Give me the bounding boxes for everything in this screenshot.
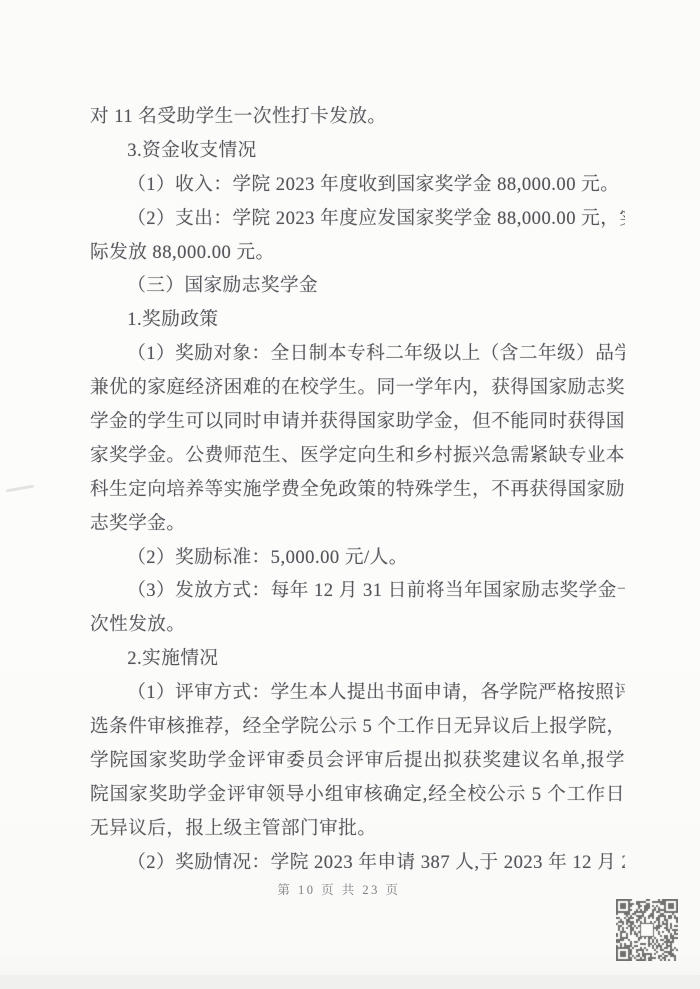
document-body: 对 11 名受助学生一次性打卡发放。3.资金收支情况（1）收入：学院 2023 … <box>90 100 625 879</box>
qr-code-icon <box>616 899 678 961</box>
text-line: （1）评审方式：学生本人提出书面申请，各学院严格按照评 <box>90 676 625 710</box>
page-number-footer: 第 10 页 共 23 页 <box>0 880 700 898</box>
text-line: 2.实施情况 <box>90 642 625 676</box>
text-line: （三）国家励志奖学金 <box>90 269 625 303</box>
text-line: 3.资金收支情况 <box>90 134 625 168</box>
text-line: 1.奖励政策 <box>90 303 625 337</box>
text-line: （2）奖励情况：学院 2023 年申请 387 人,于 2023 年 12 月 … <box>90 846 625 880</box>
scanned-document-page: 对 11 名受助学生一次性打卡发放。3.资金收支情况（1）收入：学院 2023 … <box>0 0 700 989</box>
text-line: 兼优的家庭经济困难的在校学生。同一学年内，获得国家励志奖 <box>90 371 625 405</box>
text-line: 次性发放。 <box>90 608 625 642</box>
text-line: （2）奖励标准：5,000.00 元/人。 <box>90 541 625 575</box>
text-line: 无异议后，报上级主管部门审批。 <box>90 812 625 846</box>
text-line: （2）支出：学院 2023 年度应发国家奖学金 88,000.00 元，实 <box>90 202 625 236</box>
scan-smudge <box>6 485 34 493</box>
scan-edge-shadow <box>0 975 700 989</box>
text-line: 学金的学生可以同时申请并获得国家助学金，但不能同时获得国 <box>90 405 625 439</box>
text-line: （3）发放方式：每年 12 月 31 日前将当年国家励志奖学金一 <box>90 574 625 608</box>
text-line: 院国家奖助学金评审领导小组审核确定,经全校公示 5 个工作日 <box>90 778 625 812</box>
text-line: 志奖学金。 <box>90 507 625 541</box>
text-line: 家奖学金。公费师范生、医学定向生和乡村振兴急需紧缺专业本 <box>90 439 625 473</box>
text-line: （1）收入：学院 2023 年度收到国家奖学金 88,000.00 元。 <box>90 168 625 202</box>
text-line: 学院国家奖助学金评审委员会评审后提出拟获奖建议名单,报学 <box>90 744 625 778</box>
text-line: （1）奖励对象：全日制本专科二年级以上（含二年级）品学 <box>90 337 625 371</box>
text-line: 对 11 名受助学生一次性打卡发放。 <box>90 100 625 134</box>
text-line: 际发放 88,000.00 元。 <box>90 236 625 270</box>
text-line: 选条件审核推荐，经全学院公示 5 个工作日无异议后上报学院， <box>90 710 625 744</box>
text-line: 科生定向培养等实施学费全免政策的特殊学生，不再获得国家励 <box>90 473 625 507</box>
